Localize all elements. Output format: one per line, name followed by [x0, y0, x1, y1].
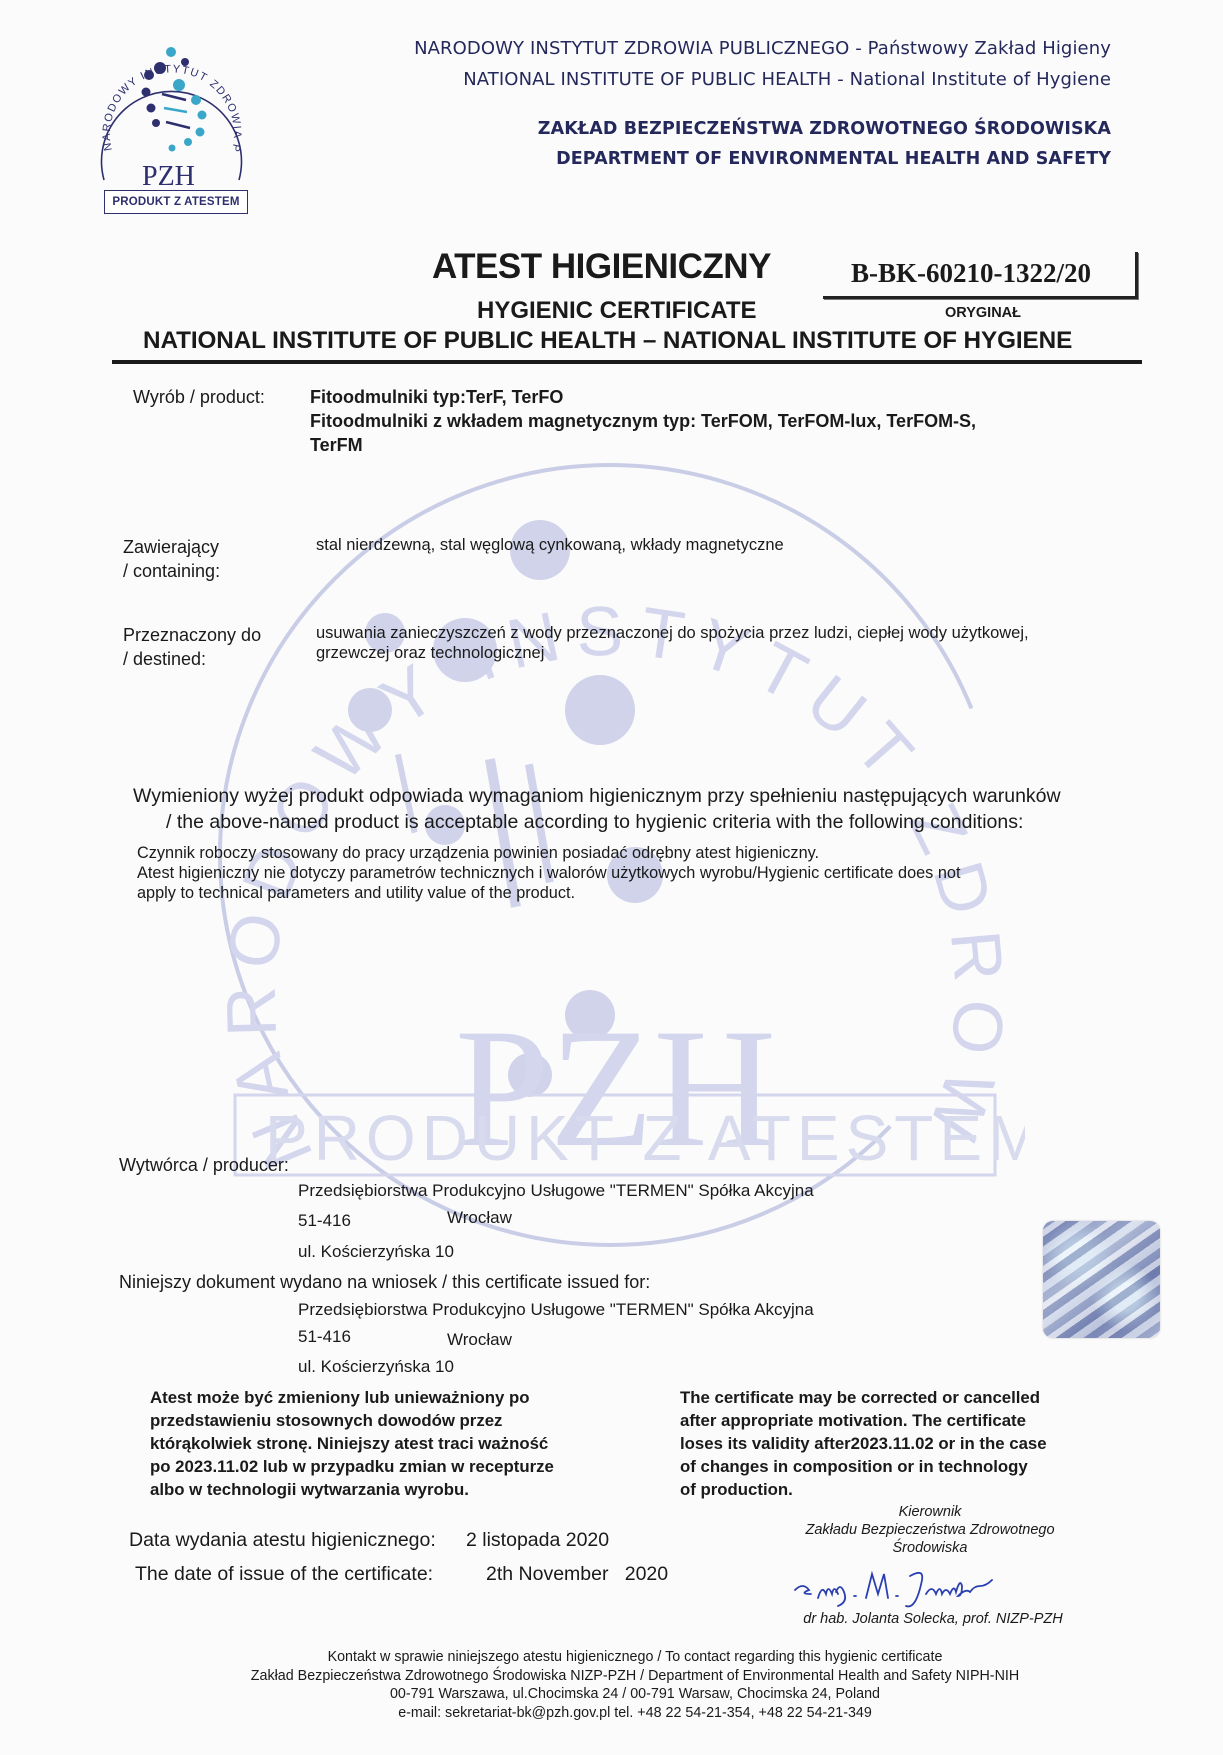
destined-line: usuwania zanieczyszczeń z wody przeznacz…: [316, 623, 1029, 643]
conditions-list: Czynnik roboczy stosowany do pracy urząd…: [137, 843, 1147, 903]
pzh-logo: NARODOWY INSTYTUT ZDROWIA PUBLICZNEGO PZ…: [84, 30, 259, 215]
signatory-dept-line: Środowiska: [770, 1539, 1090, 1557]
producer-label: Wytwórca / producer:: [119, 1153, 289, 1177]
header-institute-en: NATIONAL INSTITUTE OF PUBLIC HEALTH - Na…: [463, 69, 1111, 90]
issue-date-en-value: 2th November 2020: [486, 1563, 668, 1586]
issued-for-postal: 51-416: [298, 1327, 351, 1347]
validity-en-line: after appropriate motivation. The certif…: [680, 1409, 1047, 1432]
validity-en-line: The certificate may be corrected or canc…: [680, 1386, 1047, 1409]
conditions-intro-en: / the above-named product is acceptable …: [166, 811, 1023, 834]
document-subtitle: HYGIENIC CERTIFICATE: [477, 297, 757, 325]
product-line: Fitoodmulniki z wkładem magnetycznym typ…: [310, 409, 976, 433]
footer-contact-line[interactable]: e-mail: sekretariat-bk@pzh.gov.pl tel. +…: [160, 1704, 1110, 1723]
signatory-role: Kierownik: [770, 1503, 1090, 1521]
containing-label-en: / containing:: [123, 559, 220, 583]
destined-label-pl: Przeznaczony do: [123, 623, 261, 647]
producer-city: Wrocław: [447, 1208, 512, 1228]
logo-badge: PRODUKT Z ATESTEM: [104, 190, 248, 214]
footer-line: Zakład Bezpieczeństwa Zdrowotnego Środow…: [160, 1667, 1110, 1686]
validity-pl-line: Atest może być zmieniony lub unieważnion…: [150, 1386, 554, 1409]
product-label: Wyrób / product:: [133, 385, 265, 409]
condition-line: Czynnik roboczy stosowany do pracy urząd…: [137, 843, 1147, 863]
conditions-intro-pl: Wymieniony wyżej produkt odpowiada wymag…: [133, 785, 1061, 808]
watermark-mark: PZH: [455, 994, 776, 1182]
footer-line: 00-791 Warszawa, ul.Chocimska 24 / 00-79…: [160, 1685, 1110, 1704]
validity-pl-line: przedstawieniu stosownych dowodów przez: [150, 1409, 554, 1432]
destined-label-en: / destined:: [123, 647, 206, 671]
validity-pl-line: po 2023.11.02 lub w przypadku zmian w re…: [150, 1455, 554, 1478]
producer-name: Przedsiębiorstwa Produkcyjno Usługowe "T…: [298, 1181, 814, 1201]
product-line: Fitoodmulniki typ:TerF, TerFO: [310, 385, 976, 409]
containing-value: stal nierdzewną, stal węglową cynkowaną,…: [316, 535, 784, 555]
issue-date-pl-label: Data wydania atestu higienicznego:: [129, 1529, 436, 1552]
validity-en-line: loses its validity after2023.11.02 or in…: [680, 1432, 1047, 1455]
header-department-en: DEPARTMENT OF ENVIRONMENTAL HEALTH AND S…: [556, 149, 1111, 169]
containing-label-pl: Zawierający: [123, 535, 219, 559]
destined-value: usuwania zanieczyszczeń z wody przeznacz…: [316, 623, 1029, 663]
validity-en: The certificate may be corrected or canc…: [680, 1386, 1047, 1501]
signatory-name: dr hab. Jolanta Solecka, prof. NIZP-PZH: [773, 1610, 1093, 1628]
issue-date-pl-value: 2 listopada 2020: [466, 1529, 609, 1552]
validity-en-line: of changes in composition or in technolo…: [680, 1455, 1047, 1478]
certificate-number: B-BK-60210-1322/20: [851, 258, 1091, 289]
original-mark: ORYGINAŁ: [945, 305, 1021, 321]
signatory-dept-line: Zakładu Bezpieczeństwa Zdrowotnego: [770, 1521, 1090, 1539]
header-department-pl: ZAKŁAD BEZPIECZEŃSTWA ZDROWOTNEGO ŚRODOW…: [538, 119, 1111, 139]
institute-line: NATIONAL INSTITUTE OF PUBLIC HEALTH – NA…: [143, 327, 1072, 355]
title-divider: [112, 360, 1142, 364]
header-institute-pl: NARODOWY INSTYTUT ZDROWIA PUBLICZNEGO - …: [414, 38, 1111, 59]
condition-line: apply to technical parameters and utilit…: [137, 883, 1147, 903]
pzh-logo-emblem: NARODOWY INSTYTUT ZDROWIA PUBLICZNEGO PZ…: [84, 30, 259, 195]
validity-pl: Atest może być zmieniony lub unieważnion…: [150, 1386, 554, 1501]
issued-for-label: Niniejszy dokument wydano na wniosek / t…: [119, 1270, 650, 1294]
issued-for-street: ul. Kościerzyńska 10: [298, 1357, 454, 1377]
security-hologram: [1043, 1221, 1160, 1338]
logo-mark: PZH: [142, 161, 195, 192]
destined-line: grzewczej oraz technologicznej: [316, 643, 1029, 663]
validity-en-line: of production.: [680, 1478, 1047, 1501]
product-line: TerFM: [310, 433, 976, 457]
validity-pl-line: którąkolwiek stronę. Niniejszy atest tra…: [150, 1432, 554, 1455]
handwritten-signature: [790, 1560, 1090, 1610]
contact-footer: Kontakt w sprawie niniejszego atestu hig…: [160, 1648, 1110, 1722]
issued-for-city: Wrocław: [447, 1330, 512, 1350]
document-title: ATEST HIGIENICZNY: [432, 247, 771, 287]
signatory-block: Kierownik Zakładu Bezpieczeństwa Zdrowot…: [770, 1503, 1090, 1557]
footer-line: Kontakt w sprawie niniejszego atestu hig…: [160, 1648, 1110, 1667]
issue-date-en-label: The date of issue of the certificate:: [135, 1563, 433, 1586]
issued-for-name: Przedsiębiorstwa Produkcyjno Usługowe "T…: [298, 1300, 814, 1320]
watermark-badge: PRODUKT Z ATESTEM: [265, 1102, 1025, 1174]
condition-line: Atest higieniczny nie dotyczy parametrów…: [137, 863, 1147, 883]
producer-postal: 51-416: [298, 1211, 351, 1231]
validity-pl-line: albo w technologii wytwarzania wyrobu.: [150, 1478, 554, 1501]
product-value: Fitoodmulniki typ:TerF, TerFO Fitoodmuln…: [310, 385, 976, 457]
producer-street: ul. Kościerzyńska 10: [298, 1242, 454, 1262]
